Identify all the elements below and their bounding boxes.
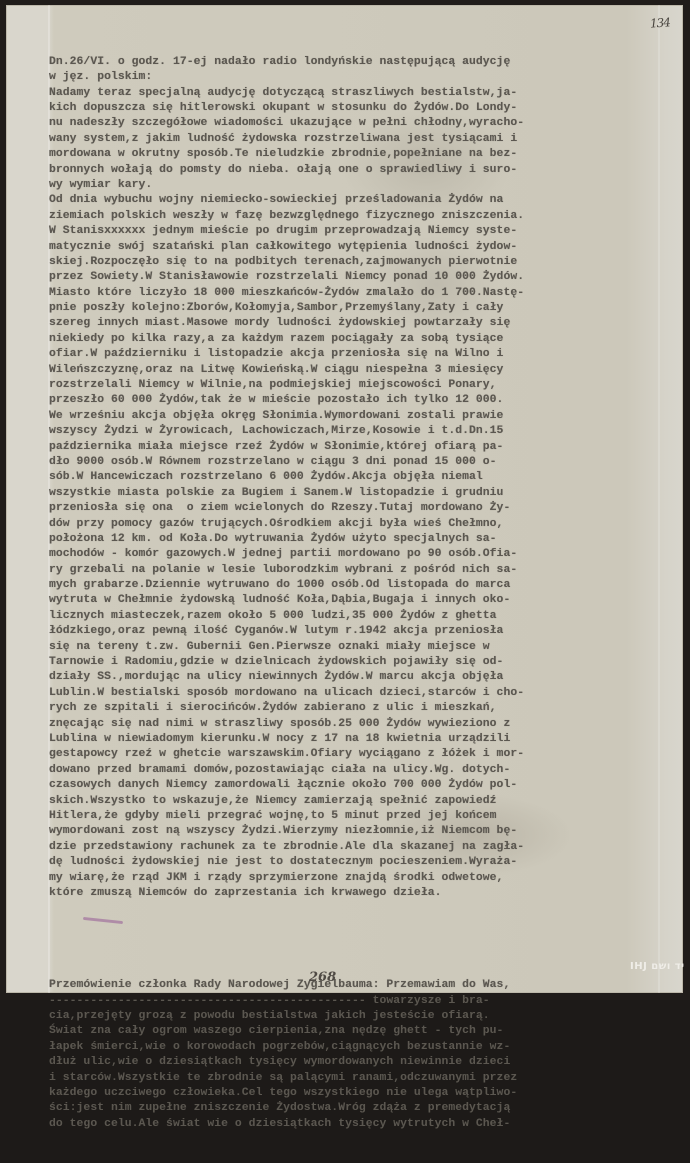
text-line: października miała miejsce rzeź Żydów w … bbox=[49, 440, 659, 455]
text-line: wszyscy Żydzi w Żyrowicach, Lachowiczach… bbox=[49, 424, 659, 439]
page-number: 268 bbox=[309, 970, 336, 985]
text-line: które zmuszą Niemców do zaprzestania ich… bbox=[49, 886, 659, 901]
text-line: We wrześniu akcja objęła okręg Słonimia.… bbox=[49, 409, 659, 424]
text-line: łódzkiego,oraz pewną ilość Cyganów.W lut… bbox=[49, 624, 659, 639]
text-line: Miasto które liczyło 18 000 mieszkańców-… bbox=[49, 286, 659, 301]
text-line: ofiar.W październiku i listopadzie akcja… bbox=[49, 347, 659, 362]
text-line: Hitlera,że gdyby mieli przegrać wojnę,to… bbox=[49, 809, 659, 824]
text-line: położona 12 km. od Koła.Do wytruwania Ży… bbox=[49, 532, 659, 547]
report-text: Dn.26/VI. o godz. 17-ej nadało radio lon… bbox=[49, 55, 659, 901]
speech-text: Przemówienie członka Rady Narodowej Zygi… bbox=[49, 978, 659, 1000]
text-line: działy SS.,mordując na ulicy niewinnych … bbox=[49, 670, 659, 685]
text-line: W Stanisxxxxxx jednym mieście po drugim … bbox=[49, 224, 659, 239]
text-line: dowano przed bramami domów,pozostawiając… bbox=[49, 763, 659, 778]
text-line: kich dopuszcza się hitlerowski okupant w… bbox=[49, 101, 659, 116]
text-line: rozstrzelali Niemcy w Wilnie,na podmiejs… bbox=[49, 378, 659, 393]
text-line: Wileńszczyznę,oraz na Litwę Kowieńską.W … bbox=[49, 363, 659, 378]
text-line: Dn.26/VI. o godz. 17-ej nadało radio lon… bbox=[49, 55, 659, 70]
text-line: rych ze szpitali i sierocińców.Żydów zab… bbox=[49, 701, 659, 716]
text-line: bronnych wołają do pomsty do nieba. ołaj… bbox=[49, 163, 659, 178]
text-line: matycznie swój szatański plan całkowiteg… bbox=[49, 240, 659, 255]
text-line: ----------------------------------------… bbox=[49, 994, 659, 1000]
text-line: mochodów - komór gazowych.W jednej parti… bbox=[49, 547, 659, 562]
text-line: Nadamy teraz specjalną audycję dotyczącą… bbox=[49, 86, 659, 101]
text-line: Tarnowie i Radomiu,gdzie w dzielnicach ż… bbox=[49, 655, 659, 670]
text-line: przeniosła się ona o ziem wcielonych do … bbox=[49, 501, 659, 516]
text-line: ry grzebali na polanie w lesie luborodzk… bbox=[49, 563, 659, 578]
text-line: szereg innych miast.Masowe mordy ludnośc… bbox=[49, 316, 659, 331]
text-line: przez Sowiety.W Stanisławowie rozstrzela… bbox=[49, 270, 659, 285]
text-line: mych grabarze.Dziennie wytruwano do 1000… bbox=[49, 578, 659, 593]
text-line: wytruta w Chełmnie żydowską ludność Koła… bbox=[49, 593, 659, 608]
text-line: wy wymiar kary. bbox=[49, 178, 659, 193]
text-line: dę ludności żydowskiej nie jest to dosta… bbox=[49, 855, 659, 870]
text-line: nu nadeszły szczegółowe wiadomości ukazu… bbox=[49, 116, 659, 131]
text-line: się na tereny t.zw. Gubernii Gen.Pierwsz… bbox=[49, 640, 659, 655]
text-line: niekiedy po kilka razy,a za każdym razem… bbox=[49, 332, 659, 347]
text-line: gestapowcy rzeź w ghetcie warszawskim.Of… bbox=[49, 747, 659, 762]
text-line: ziemiach polskich weszły w fazę bezwzglę… bbox=[49, 209, 659, 224]
text-line: wymordowani zost ną wszyscy Żydzi.Wierzy… bbox=[49, 824, 659, 839]
text-line: licznych miasteczek,razem około 5 000 lu… bbox=[49, 609, 659, 624]
text-line: czasowych danych Niemcy zamordowali łącz… bbox=[49, 778, 659, 793]
watermark-latin: IHJ bbox=[630, 961, 647, 972]
text-line: Lublina w niewiadomym kierunku.W nocy z … bbox=[49, 732, 659, 747]
text-line: przeszło 60 000 Żydów,tak że w mieście p… bbox=[49, 393, 659, 408]
text-line: pnie poszły kolejno:Zborów,Kołomyja,Samb… bbox=[49, 301, 659, 316]
text-line: dło 9000 osób.W Równem rozstrzelano w ci… bbox=[49, 455, 659, 470]
text-line: sób.W Hancewiczach rozstrzelano 6 000 Ży… bbox=[49, 470, 659, 485]
archive-watermark: IHJ יד ושם bbox=[630, 961, 685, 972]
text-line: skiej.Rozpoczęło się to na podbitych ter… bbox=[49, 255, 659, 270]
text-line: w jęz. polskim: bbox=[49, 70, 659, 85]
text-line: skich.Wszystko to wskazuje,że Niemcy zam… bbox=[49, 794, 659, 809]
paragraph-gap bbox=[49, 932, 659, 947]
text-line: mordowana w okrutny sposób.Te nieludzkie… bbox=[49, 147, 659, 162]
text-line: my wiarę,że rząd JKM i rządy sprzymierzo… bbox=[49, 871, 659, 886]
text-line: dzie przedstawiony rachunek za te zbrodn… bbox=[49, 840, 659, 855]
text-line: Lublin.W bestialski sposób mordowano na … bbox=[49, 686, 659, 701]
watermark-hebrew: יד ושם bbox=[651, 961, 684, 972]
scan-frame: 134 Dn.26/VI. o godz. 17-ej nadało radio… bbox=[0, 0, 690, 1000]
text-line: wszystkie miasta polskie za Bugiem i San… bbox=[49, 486, 659, 501]
text-line: Od dnia wybuchu wojny niemiecko-sowiecki… bbox=[49, 193, 659, 208]
text-line: znęcając się nad nimi w straszliwy sposó… bbox=[49, 717, 659, 732]
document-body: Dn.26/VI. o godz. 17-ej nadało radio lon… bbox=[49, 24, 659, 1000]
text-line: wany system,z jakim ludność żydowska roz… bbox=[49, 132, 659, 147]
text-line: dów przy pomocy gazów trujących.Ośrodkie… bbox=[49, 517, 659, 532]
text-line: Przemówienie członka Rady Narodowej Zygi… bbox=[49, 978, 659, 993]
